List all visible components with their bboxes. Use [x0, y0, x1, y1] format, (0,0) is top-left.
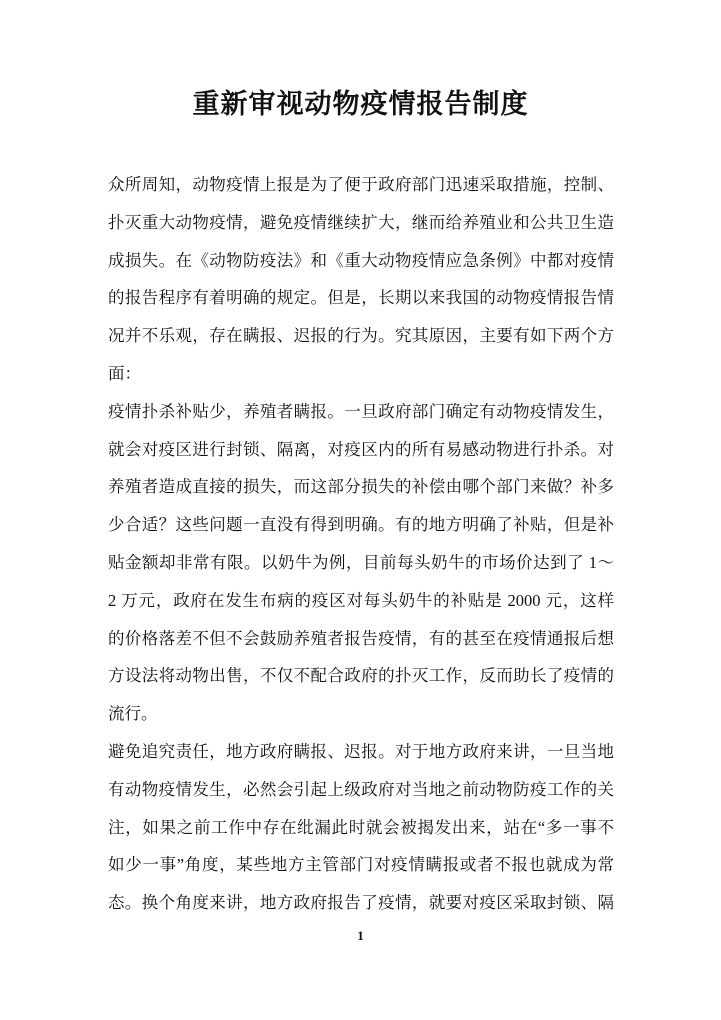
text-line: 养殖者造成直接的损失，而这部分损失的补偿由哪个部门来做？补多 [108, 468, 614, 506]
text-line: 注，如果之前工作中存在纰漏此时就会被揭发出来，站在“多一事不 [108, 809, 614, 847]
text-line: 况并不乐观，存在瞒报、迟报的行为。究其原因，主要有如下两个方 [108, 317, 614, 355]
document-page: 重新审视动物疫情报告制度 众所周知，动物疫情上报是为了便于政府部门迅速采取措施，… [0, 0, 721, 1020]
text-line: 疫情扑杀补贴少，养殖者瞒报。一旦政府部门确定有动物疫情发生， [108, 393, 614, 431]
text-line: 众所周知，动物疫情上报是为了便于政府部门迅速采取措施，控制、 [108, 166, 614, 204]
text-line: 避免追究责任，地方政府瞒报、迟报。对于地方政府来讲，一旦当地 [108, 733, 614, 771]
document-title: 重新审视动物疫情报告制度 [0, 86, 721, 122]
text-line: 就会对疫区进行封锁、隔离，对疫区内的所有易感动物进行扑杀。对 [108, 431, 614, 469]
page-number: 1 [0, 927, 721, 945]
text-line: 2 万元，政府在发生布病的疫区对每头奶牛的补贴是 2000 元，这样 [108, 582, 614, 620]
text-line: 方设法将动物出售，不仅不配合政府的扑灭工作，反而助长了疫情的 [108, 657, 614, 695]
text-line: 的报告程序有着明确的规定。但是，长期以来我国的动物疫情报告情 [108, 279, 614, 317]
text-line: 少合适？这些问题一直没有得到明确。有的地方明确了补贴，但是补 [108, 506, 614, 544]
text-line: 成损失。在《动物防疫法》和《重大动物疫情应急条例》中都对疫情 [108, 242, 614, 280]
text-line: 贴金额却非常有限。以奶牛为例，目前每头奶牛的市场价达到了 1～ [108, 544, 614, 582]
text-line: 有动物疫情发生，必然会引起上级政府对当地之前动物防疫工作的关 [108, 771, 614, 809]
text-line: 如少一事”角度，某些地方主管部门对疫情瞒报或者不报也就成为常 [108, 846, 614, 884]
text-line: 的价格落差不但不会鼓励养殖者报告疫情，有的甚至在疫情通报后想 [108, 620, 614, 658]
text-line: 扑灭重大动物疫情，避免疫情继续扩大，继而给养殖业和公共卫生造 [108, 204, 614, 242]
text-line: 态。换个角度来讲，地方政府报告了疫情，就要对疫区采取封锁、隔 [108, 884, 614, 922]
document-body: 众所周知，动物疫情上报是为了便于政府部门迅速采取措施，控制、 扑灭重大动物疫情，… [108, 166, 614, 922]
text-line: 流行。 [108, 695, 614, 733]
text-line: 面： [108, 355, 614, 393]
